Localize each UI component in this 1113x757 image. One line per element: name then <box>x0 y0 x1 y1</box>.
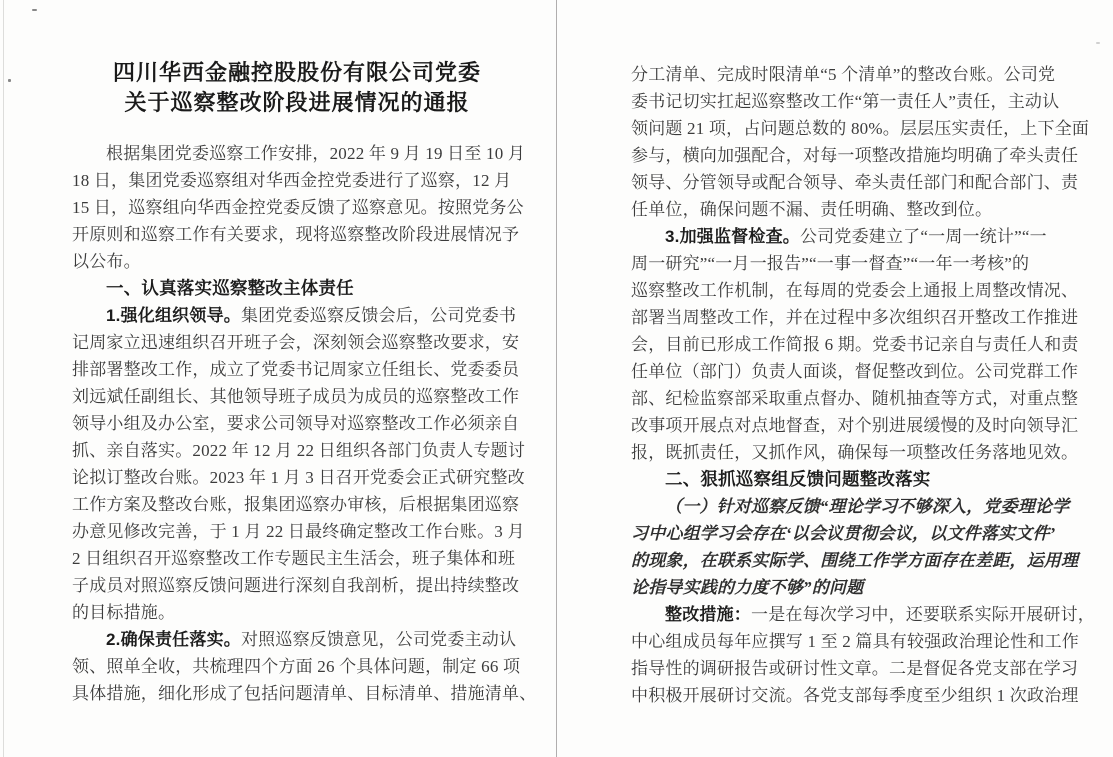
text-line: 习中心组学习会存在‘以会议贯彻会议，以文件落实文件’ <box>631 520 1087 547</box>
text-line: 改事项开展点对点地督查，对个别进展缓慢的及时向领导汇 <box>631 412 1087 439</box>
text-line: 分工清单、完成时限清单“5 个清单”的整改台账。公司党 <box>631 61 1087 88</box>
text-line: 1.强化组织领导。集团党委巡察反馈会后，公司党委书 <box>72 302 522 329</box>
text-line: 部署当周整改工作，并在过程中多次组织召开整改工作推进 <box>631 304 1087 331</box>
text-line: 整改措施：一是在每次学习中，还要联系实际开展研讨， <box>631 601 1087 628</box>
text-line: 部、纪检监察部采取重点督办、随机抽查等方式，对重点整 <box>631 385 1087 412</box>
text-line: 中积极开展研讨交流。各党支部每季度至少组织 1 次政治理 <box>631 682 1087 709</box>
text-line: 记周家立迅速组织召开班子会，深刻领会巡察整改要求，安 <box>72 329 522 356</box>
text-line: 抓、亲自落实。2022 年 12 月 22 日组织各部门负责人专题讨 <box>72 437 522 464</box>
text-line: 参与，横向加强配合，对每一项整改措施均明确了牵头责任 <box>631 142 1087 169</box>
run-in-bold-label: 2.确保责任落实。 <box>106 630 241 649</box>
page-right: 分工清单、完成时限清单“5 个清单”的整改台账。公司党委书记切实扛起巡察整改工作… <box>557 0 1113 757</box>
text-line: 的目标措施。 <box>72 599 522 626</box>
scan-edge-line <box>3 0 4 757</box>
text-line: 工作方案及整改台账，报集团巡察办审核，后根据集团巡察 <box>72 491 522 518</box>
text-line: 子成员对照巡察反馈问题进行深刻自我剖析，提出持续整改 <box>72 572 522 599</box>
document-scan: 四川华西金融控股股份有限公司党委 关于巡察整改阶段进展情况的通报 根据集团党委巡… <box>0 0 1113 757</box>
text-line: 刘远斌任副组长、其他领导班子成员为成员的巡察整改工作 <box>72 383 522 410</box>
text-line: 任单位（部门）负责人面谈，督促整改到位。公司党群工作 <box>631 358 1087 385</box>
document-title-line1: 四川华西金融控股股份有限公司党委 <box>72 58 522 88</box>
text-line: 办意见修改完善，于 1 月 22 日最终确定整改工作台账。3 月 <box>72 518 522 545</box>
text-line: 巡察整改工作机制，在每周的党委会上通报上周整改情况、 <box>631 277 1087 304</box>
section-heading: 二、狠抓巡察组反馈问题整改落实 <box>631 466 1087 493</box>
text-line: 15 日，巡察组向华西金控党委反馈了巡察意见。按照党务公 <box>72 194 522 221</box>
run-in-bold-label: 整改措施： <box>665 605 751 624</box>
scan-artifact <box>32 9 37 11</box>
section-heading: 一、认真落实巡察整改主体责任 <box>72 275 522 302</box>
text-line: 委书记切实扛起巡察整改工作“第一责任人”责任，主动认 <box>631 88 1087 115</box>
page-left-body: 根据集团党委巡察工作安排，2022 年 9 月 19 日至 10 月18 日，集… <box>72 140 522 707</box>
text-line: 以公布。 <box>72 248 522 275</box>
text-line: 开原则和巡察工作有关要求，现将巡察整改阶段进展情况予 <box>72 221 522 248</box>
text-line: 排部署整改工作，成立了党委书记周家立任组长、党委委员 <box>72 356 522 383</box>
text-line: 3.加强监督检查。公司党委建立了“一周一统计”“一 <box>631 223 1087 250</box>
text-line: 指导性的调研报告或研讨性文章。二是督促各党支部在学习 <box>631 655 1087 682</box>
text-line: 的现象，在联系实际学、围绕工作学方面存在差距，运用理 <box>631 547 1087 574</box>
page-right-body: 分工清单、完成时限清单“5 个清单”的整改台账。公司党委书记切实扛起巡察整改工作… <box>631 61 1087 709</box>
text-line: 会，目前已形成工作简报 6 期。党委书记亲自与责任人和责 <box>631 331 1087 358</box>
scan-artifact <box>8 79 11 82</box>
text-line: （一）针对巡察反馈“理论学习不够深入，党委理论学 <box>631 493 1087 520</box>
text-line: 18 日，集团党委巡察组对华西金控党委进行了巡察，12 月 <box>72 167 522 194</box>
text-line: 论拟订整改台账。2023 年 1 月 3 日召开党委会正式研究整改 <box>72 464 522 491</box>
page-fold-divider <box>556 0 557 757</box>
run-in-bold-label: 1.强化组织领导。 <box>106 306 241 325</box>
text-line: 具体措施，细化形成了包括问题清单、目标清单、措施清单、 <box>72 680 522 707</box>
text-line: 领导小组及办公室，要求公司领导对巡察整改工作必须亲自 <box>72 410 522 437</box>
text-line: 领问题 21 项，占问题总数的 80%。层层压实责任，上下全面 <box>631 115 1087 142</box>
text-line: 2 日组织召开巡察整改工作专题民主生活会，班子集体和班 <box>72 545 522 572</box>
run-in-bold-label: 3.加强监督检查。 <box>665 227 800 246</box>
document-title-line2: 关于巡察整改阶段进展情况的通报 <box>72 88 522 118</box>
text-line: 领、照单全收，共梳理四个方面 26 个具体问题，制定 66 项 <box>72 653 522 680</box>
page-left: 四川华西金融控股股份有限公司党委 关于巡察整改阶段进展情况的通报 根据集团党委巡… <box>0 0 557 757</box>
text-line: 论指导实践的力度不够”的问题 <box>631 574 1087 601</box>
scan-artifact <box>1096 42 1100 44</box>
text-line: 领导、分管领导或配合领导、牵头责任部门和配合部门、责 <box>631 169 1087 196</box>
text-line: 报，既抓责任，又抓作风，确保每一项整改任务落地见效。 <box>631 439 1087 466</box>
text-line: 周一研究”“一月一报告”“一事一督查”“一年一考核”的 <box>631 250 1087 277</box>
text-line: 任单位，确保问题不漏、责任明确、整改到位。 <box>631 196 1087 223</box>
text-line: 2.确保责任落实。对照巡察反馈意见，公司党委主动认 <box>72 626 522 653</box>
text-line: 根据集团党委巡察工作安排，2022 年 9 月 19 日至 10 月 <box>72 140 522 167</box>
text-line: 中心组成员每年应撰写 1 至 2 篇具有较强政治理论性和工作 <box>631 628 1087 655</box>
